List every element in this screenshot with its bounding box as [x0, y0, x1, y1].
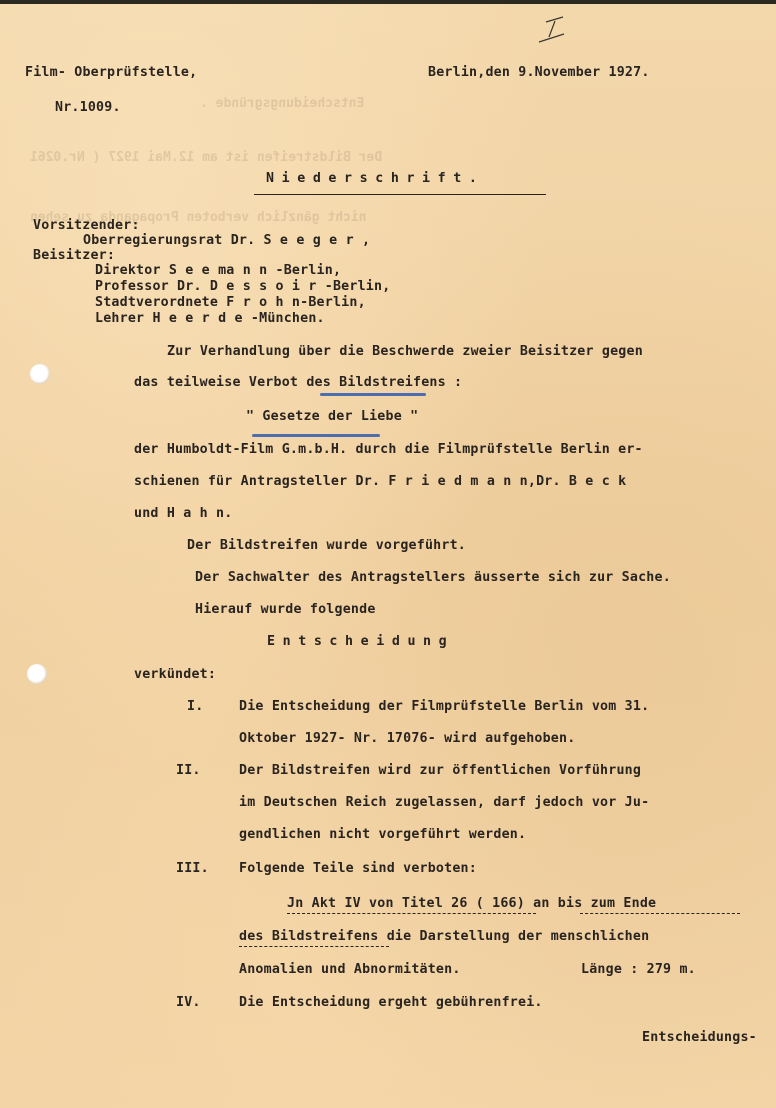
intro-line-4: der Humboldt-Film G.m.b.H. durch die Fil…: [134, 443, 643, 456]
punch-hole-top: [30, 364, 50, 384]
typed-underline: [239, 946, 389, 947]
title-underline: [254, 194, 546, 195]
handwritten-numeral-mark: [536, 14, 570, 44]
item-4-line-1: Die Entscheidung ergeht gebührenfrei.: [239, 996, 543, 1009]
item-3-line-4: Anomalien und Abnormitäten.: [239, 963, 461, 976]
proceedings-line-3: Hierauf wurde folgende: [195, 603, 376, 616]
item-3-length: Länge : 279 m.: [581, 963, 696, 976]
scan-top-edge: [0, 0, 776, 4]
proceedings-line-2: Der Sachwalter des Antragstellers äusser…: [195, 571, 671, 584]
assessor-2: Professor Dr. D e s s o i r -Berlin,: [95, 280, 390, 293]
assessor-3: Stadtverordnete F r o h n-Berlin,: [95, 296, 366, 309]
intro-line-1: Zur Verhandlung über die Beschwerde zwei…: [167, 345, 643, 358]
blue-pencil-underline: [320, 393, 426, 396]
assessors-label: Beisitzer:: [33, 249, 115, 262]
sender-office: Film- Oberprüfstelle,: [25, 66, 197, 79]
item-numeral-4: IV.: [176, 996, 201, 1009]
continuation-catchword: Entscheidungs-: [642, 1031, 757, 1044]
item-numeral-1: I.: [187, 700, 203, 713]
place-date: Berlin,den 9.November 1927.: [428, 66, 650, 79]
item-3-line-1: Folgende Teile sind verboten:: [239, 862, 477, 875]
item-2-line-2: im Deutschen Reich zugelassen, darf jedo…: [239, 796, 649, 809]
film-title: " Gesetze der Liebe ": [246, 410, 418, 423]
intro-line-5: schienen für Antragsteller Dr. F r i e d…: [134, 475, 626, 488]
assessor-1: Direktor S e e ma n n -Berlin,: [95, 264, 341, 277]
chair-name: Oberregierungsrat Dr. S e e g e r ,: [83, 234, 370, 247]
item-1-line-2: Oktober 1927- Nr. 17076- wird aufgehoben…: [239, 732, 575, 745]
item-3-line-2: Jn Akt IV von Titel 26 ( 166) an bis zum…: [287, 897, 656, 910]
assessor-4: Lehrer H e e r d e -München.: [95, 312, 325, 325]
punch-hole-bottom: [27, 664, 47, 684]
decision-heading: Entscheidung: [267, 635, 454, 648]
item-numeral-3: III.: [176, 862, 209, 875]
blue-pencil-underline: [252, 434, 380, 437]
intro-line-6: und H a h n.: [134, 507, 232, 520]
proceedings-line-1: Der Bildstreifen wurde vorgeführt.: [187, 539, 466, 552]
item-1-line-1: Die Entscheidung der Filmprüfstelle Berl…: [239, 700, 649, 713]
reference-number: Nr.1009.: [55, 101, 121, 114]
bleed-through-text: Der Bildstreifen ist am 12.Mai 1927 ( Nr…: [30, 150, 382, 165]
item-numeral-2: II.: [176, 764, 201, 777]
item-3-line-3: des Bildstreifens die Darstellung der me…: [239, 930, 649, 943]
intro-line-2: das teilweise Verbot des Bildstreifens :: [134, 376, 462, 389]
document-title: Niederschrift.: [266, 172, 484, 185]
bleed-through-text: Entscheidungsgründe .: [200, 96, 364, 111]
chair-label: Vorsitzender:: [33, 219, 140, 232]
typed-underline: [580, 913, 740, 914]
announced-label: verkündet:: [134, 668, 216, 681]
typed-underline: [287, 913, 536, 914]
item-2-line-1: Der Bildstreifen wird zur öffentlichen V…: [239, 764, 641, 777]
item-2-line-3: gendlichen nicht vorgeführt werden.: [239, 828, 526, 841]
